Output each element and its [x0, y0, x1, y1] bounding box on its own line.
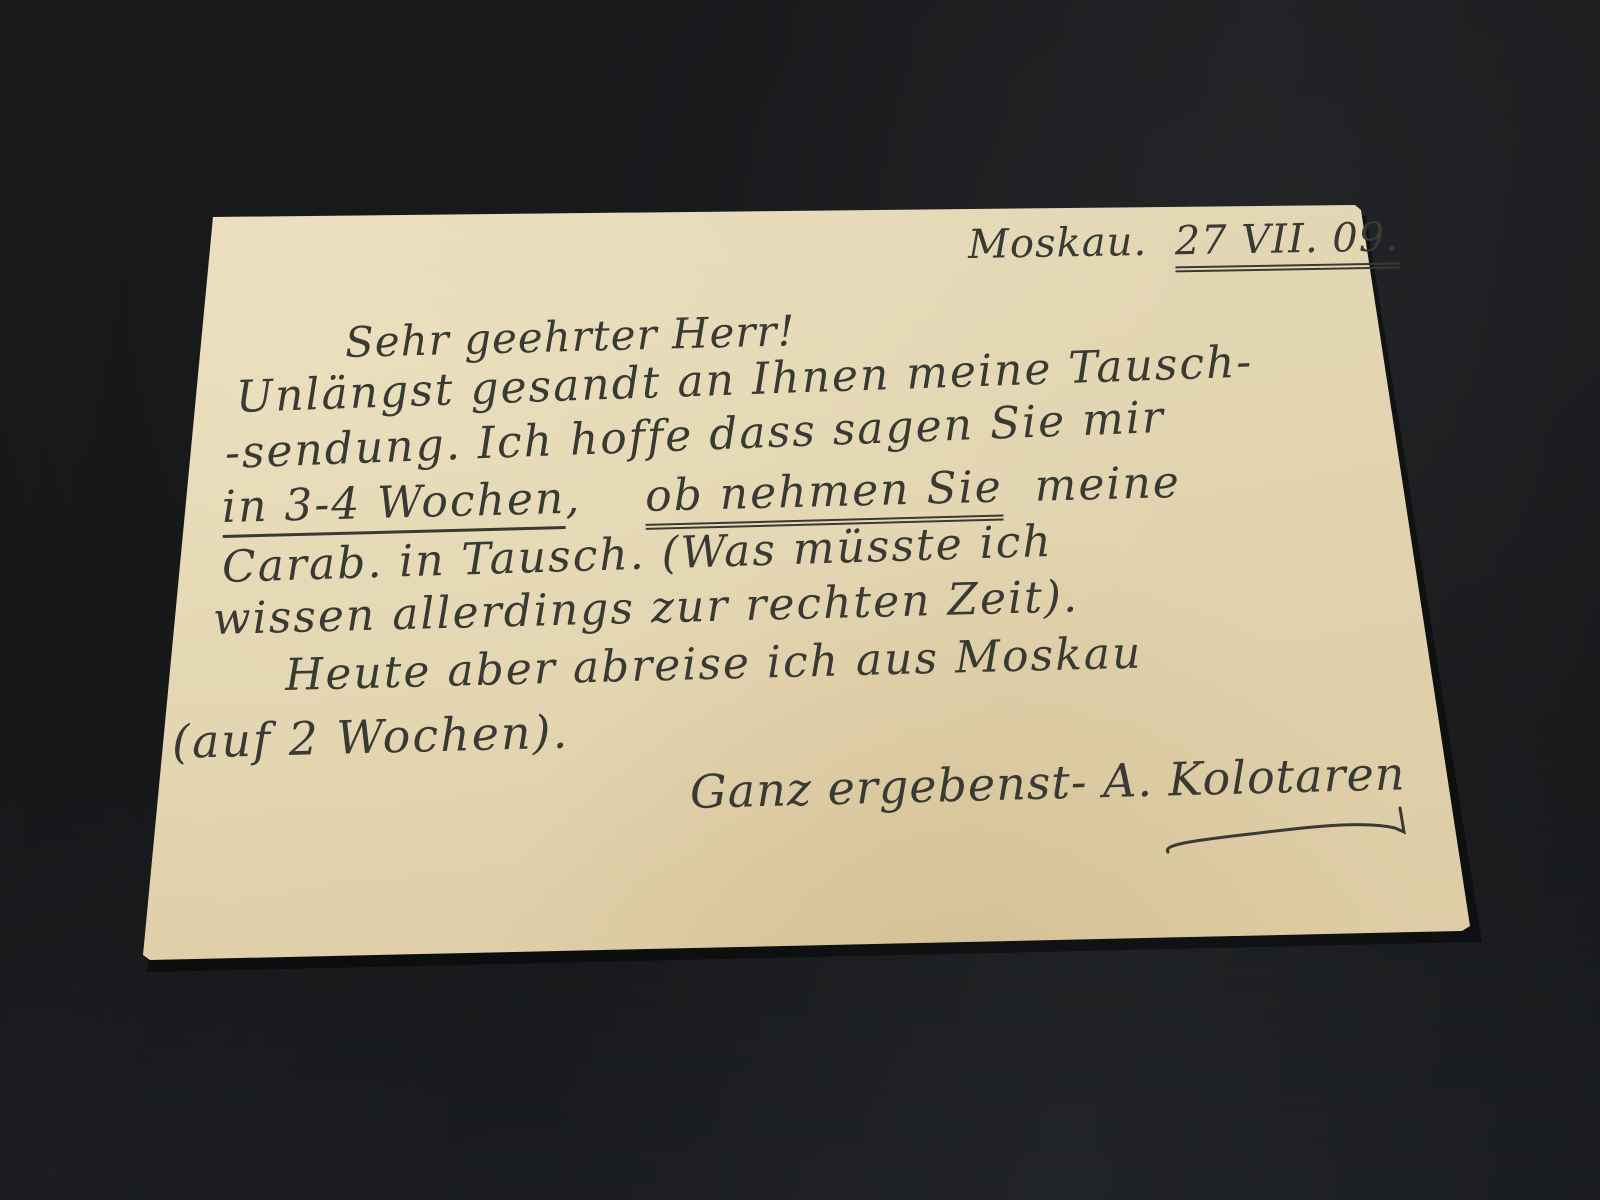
- handwritten-message: Moskau. 27 VII. 09. Sehr geehrter Herr! …: [0, 0, 1600, 1200]
- signature: A. Kolotaren: [1102, 746, 1406, 808]
- underlined-phrase-weeks: in 3-4 Wochen: [221, 473, 566, 538]
- dateline: Moskau. 27 VII. 09.: [968, 214, 1400, 268]
- dateline-date: 27 VII. 09.: [1174, 214, 1399, 272]
- signature-flourish-icon: [1160, 800, 1420, 860]
- closing: Ganz ergebenst: [689, 755, 1071, 819]
- dateline-place: Moskau.: [968, 219, 1148, 268]
- body-line-7: (auf 2 Wochen).: [171, 705, 569, 769]
